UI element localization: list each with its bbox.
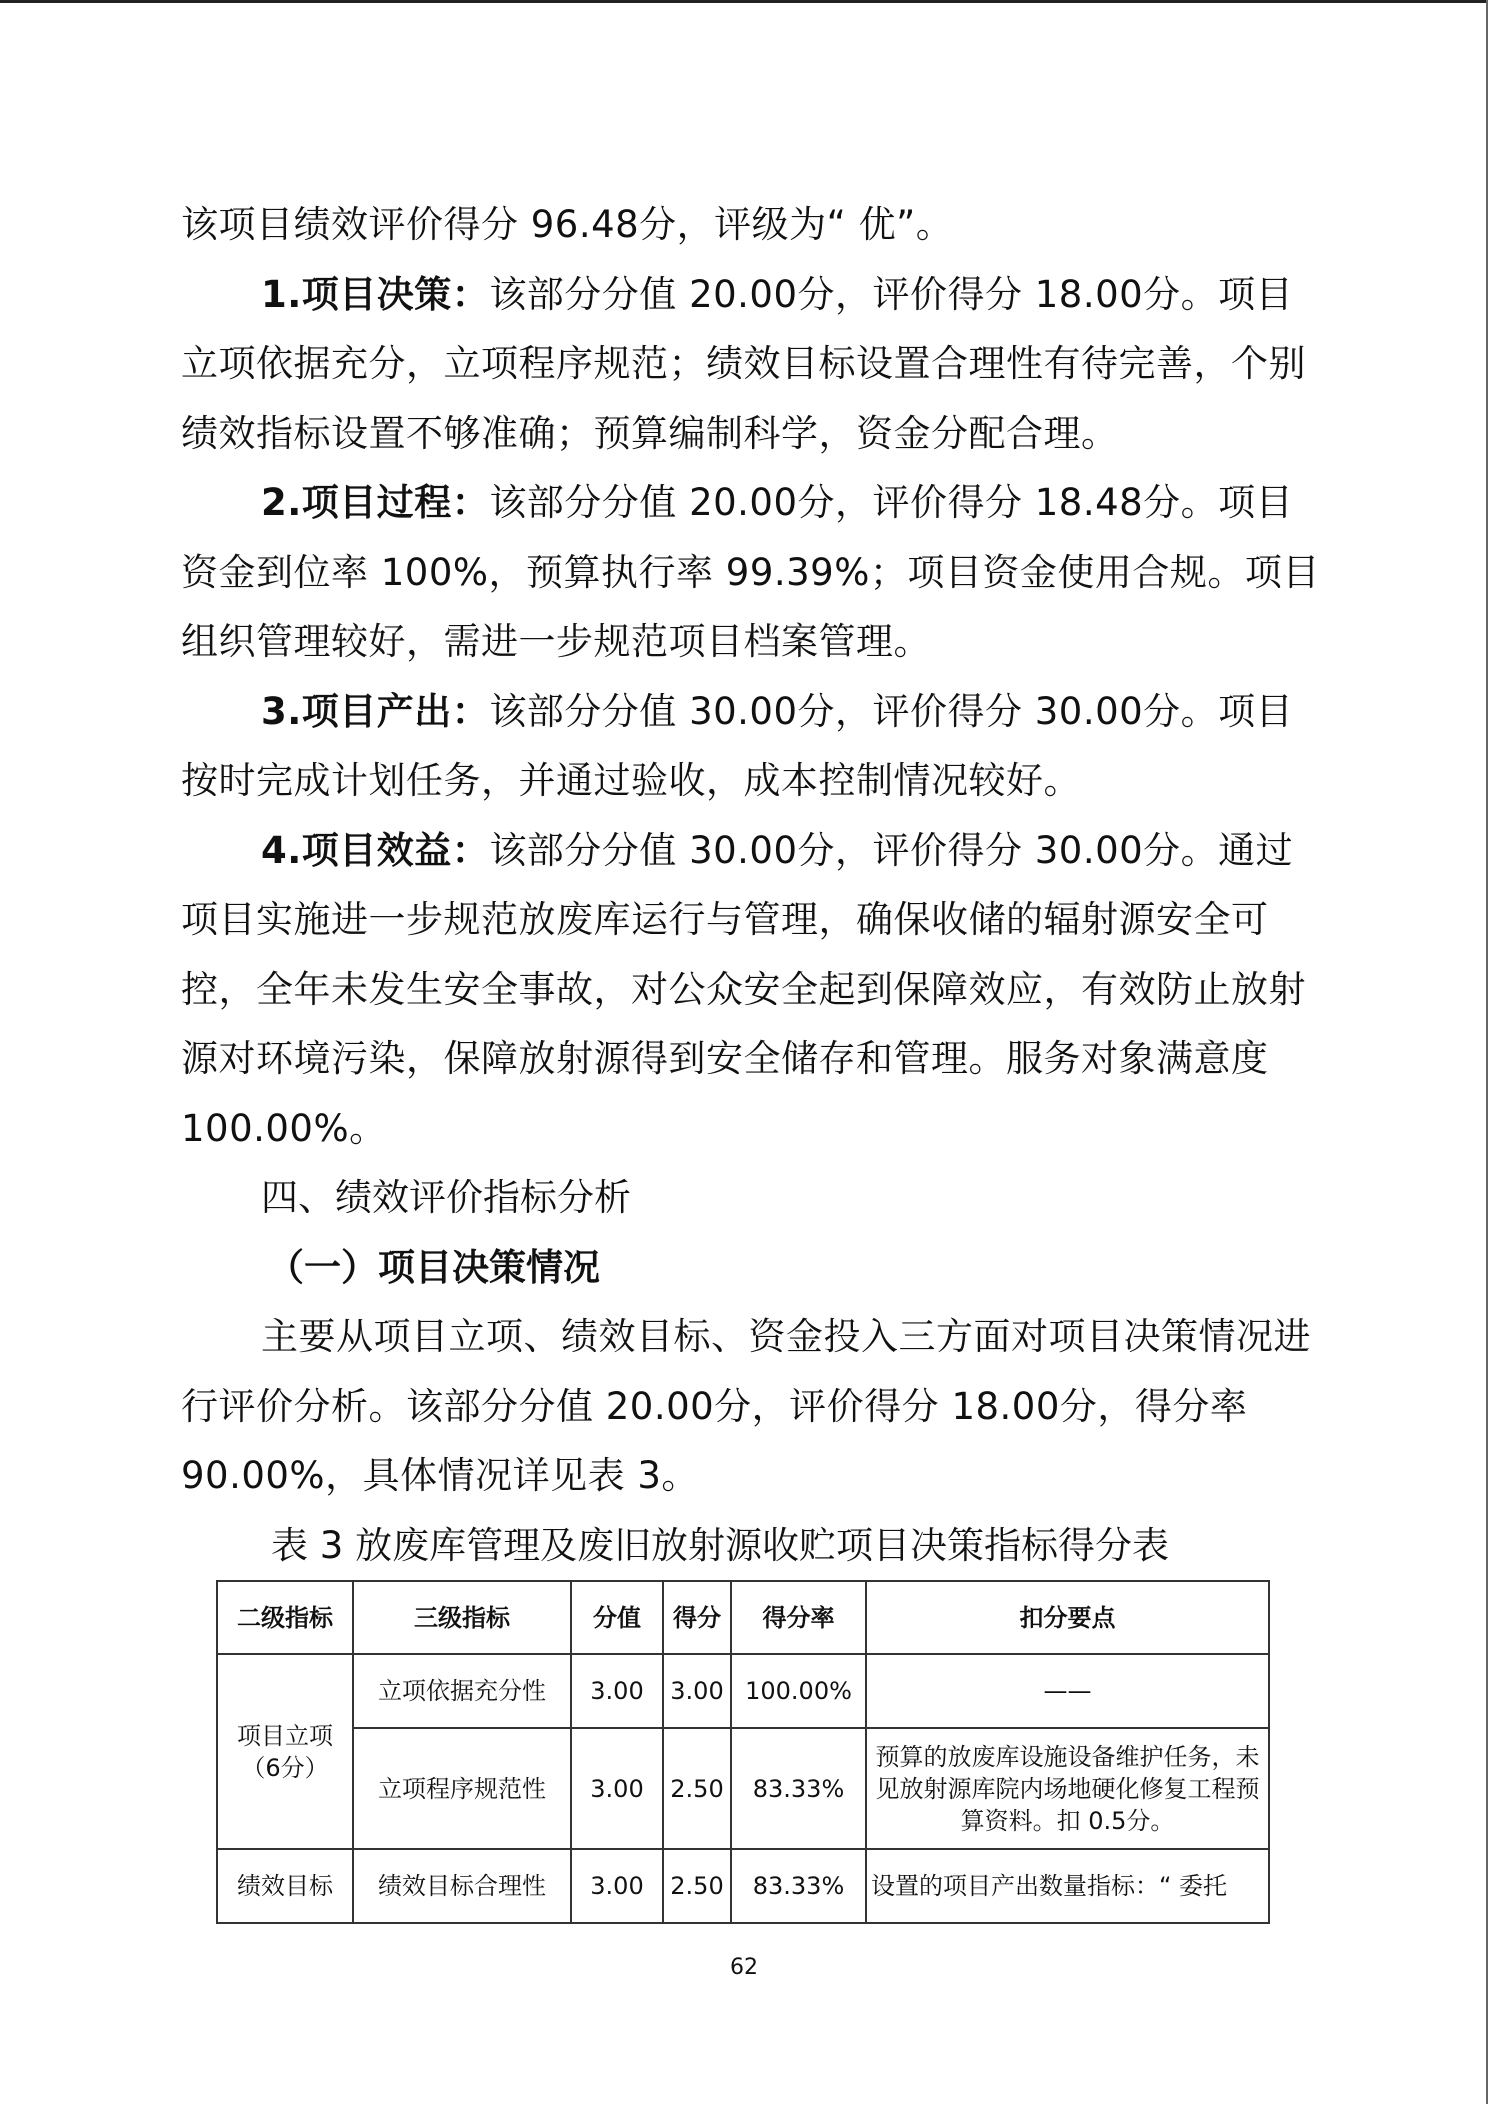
score-cell: 2.50: [663, 1849, 731, 1923]
section-label: 3.项目产出：: [261, 690, 489, 733]
header-rate: 得分率: [731, 1581, 866, 1654]
value-cell: 3.00: [571, 1849, 663, 1923]
heading-performance-analysis: 四、绩效评价指标分析: [181, 1163, 1321, 1233]
section-label: 2.项目过程：: [261, 481, 489, 524]
heading-decision-status: （一）项目决策情况: [181, 1233, 1321, 1303]
header-level2: 二级指标: [217, 1581, 353, 1654]
section-benefit: 4.项目效益：该部分分值 30.00分，评价得分 30.00分。通过项目实施进一…: [181, 816, 1321, 1164]
table-row: 绩效目标 绩效目标合理性 3.00 2.50 83.33% 设置的项目产出数量指…: [217, 1849, 1269, 1923]
level2-cell: 绩效目标: [217, 1849, 353, 1923]
table-caption: 表 3 放废库管理及废旧放射源收贮项目决策指标得分表: [181, 1511, 1321, 1581]
score-cell: 3.00: [663, 1654, 731, 1728]
level3-cell: 立项程序规范性: [353, 1728, 571, 1849]
page-top-border: [0, 0, 1488, 3]
level3-cell: 立项依据充分性: [353, 1654, 571, 1728]
document-page: 该项目绩效评价得分 96.48分，评级为“ 优”。 1.项目决策：该部分分值 2…: [181, 190, 1321, 1580]
table-header-row: 二级指标 三级指标 分值 得分 得分率 扣分要点: [217, 1581, 1269, 1654]
header-deduction: 扣分要点: [866, 1581, 1269, 1654]
header-score: 得分: [663, 1581, 731, 1654]
section-label: 1.项目决策：: [261, 273, 489, 316]
section-label: 4.项目效益：: [261, 829, 489, 872]
intro-paragraph: 主要从项目立项、绩效目标、资金投入三方面对项目决策情况进行评价分析。该部分分值 …: [181, 1302, 1321, 1511]
section-process: 2.项目过程：该部分分值 20.00分，评价得分 18.48分。项目资金到位率 …: [181, 468, 1321, 677]
header-value: 分值: [571, 1581, 663, 1654]
deduction-cell: ——: [866, 1654, 1269, 1728]
level2-cell: 项目立项 （6分）: [217, 1654, 353, 1849]
deduction-cell: 设置的项目产出数量指标：“ 委托: [866, 1849, 1269, 1923]
summary-paragraph: 该项目绩效评价得分 96.48分，评级为“ 优”。: [181, 190, 1321, 260]
section-output: 3.项目产出：该部分分值 30.00分，评价得分 30.00分。项目按时完成计划…: [181, 677, 1321, 816]
header-level3: 三级指标: [353, 1581, 571, 1654]
page-number: 62: [0, 1955, 1488, 1980]
rate-cell: 83.33%: [731, 1728, 866, 1849]
level2-line: （6分）: [222, 1752, 348, 1784]
table-row: 立项程序规范性 3.00 2.50 83.33% 预算的放废库设施设备维护任务，…: [217, 1728, 1269, 1849]
section-decision: 1.项目决策：该部分分值 20.00分，评价得分 18.00分。项目立项依据充分…: [181, 260, 1321, 469]
table-row: 项目立项 （6分） 立项依据充分性 3.00 3.00 100.00% ——: [217, 1654, 1269, 1728]
rate-cell: 100.00%: [731, 1654, 866, 1728]
level3-cell: 绩效目标合理性: [353, 1849, 571, 1923]
value-cell: 3.00: [571, 1654, 663, 1728]
level2-line: 项目立项: [222, 1720, 348, 1752]
score-cell: 2.50: [663, 1728, 731, 1849]
section-text: 该部分分值 30.00分，评价得分 30.00分。通过项目实施进一步规范放废库运…: [181, 829, 1306, 1150]
rate-cell: 83.33%: [731, 1849, 866, 1923]
decision-score-table: 二级指标 三级指标 分值 得分 得分率 扣分要点 项目立项 （6分） 立项依据充…: [216, 1580, 1270, 1924]
value-cell: 3.00: [571, 1728, 663, 1849]
deduction-cell: 预算的放废库设施设备维护任务，未见放射源库院内场地硬化修复工程预算资料。扣 0.…: [866, 1728, 1269, 1849]
